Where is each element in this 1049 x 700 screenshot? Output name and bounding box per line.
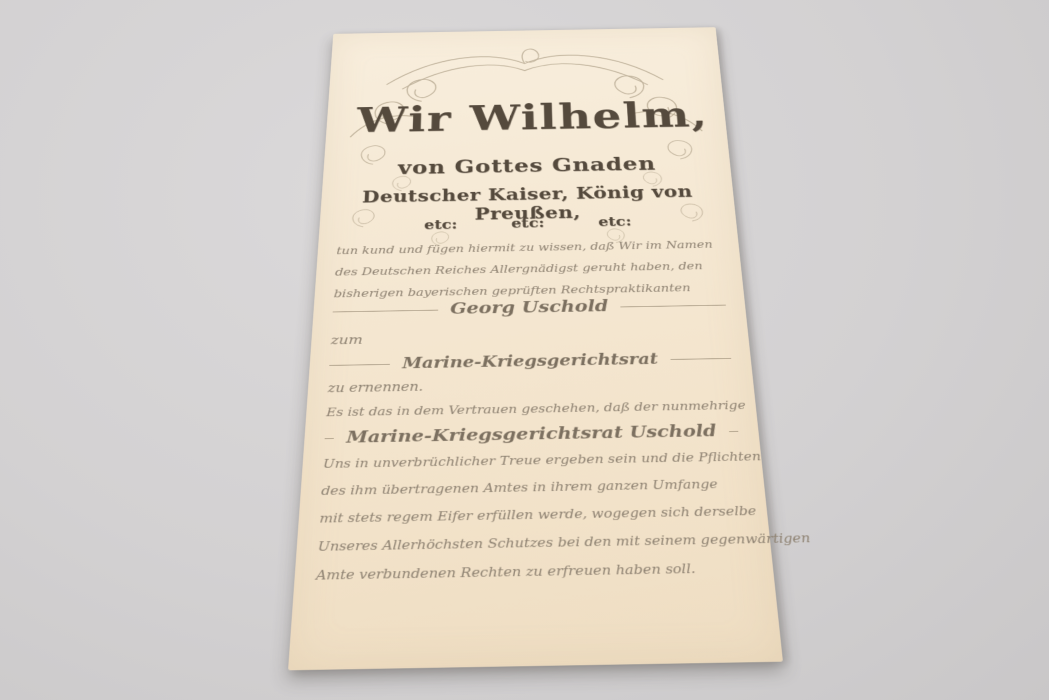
duties-paragraph: Uns in unverbrüchlicher Treue ergeben se… bbox=[315, 444, 753, 591]
baseline-rule bbox=[621, 305, 726, 308]
baseline-rule bbox=[333, 310, 438, 313]
zum-label: zum bbox=[330, 326, 729, 348]
baseline-rule bbox=[729, 431, 738, 432]
baseline-rule bbox=[329, 364, 390, 366]
baseline-rule bbox=[325, 438, 334, 439]
certificate-paper: Wir Wilhelm, von Gottes Gnaden Deutscher… bbox=[288, 27, 783, 670]
etc-item: etc: bbox=[598, 214, 632, 229]
trust-line: Es ist das in dem Vertrauen geschehen, d… bbox=[326, 398, 737, 419]
rank-title-line: Marine-Kriegsgerichtsrat bbox=[329, 348, 732, 373]
document-title: Wir Wilhelm, bbox=[350, 94, 716, 140]
appointee-name: Georg Uschold bbox=[438, 297, 621, 319]
confirmed-name-line: Marine-Kriegsgerichtsrat Uschold bbox=[324, 420, 739, 447]
zu-ernennen-line: zu ernennen. bbox=[327, 374, 734, 396]
proclamation-paragraph: tun kund und fügen hiermit zu wissen, da… bbox=[333, 234, 725, 305]
etc-item: etc: bbox=[424, 217, 457, 232]
photo-background: Wir Wilhelm, von Gottes Gnaden Deutscher… bbox=[0, 0, 1049, 700]
etc-item: etc: bbox=[511, 216, 544, 231]
rank-title: Marine-Kriegsgerichtsrat bbox=[390, 349, 672, 372]
duties-line: Amte verbundenen Rechten zu erfreuen hab… bbox=[315, 554, 753, 591]
confirmed-name: Marine-Kriegsgerichtsrat Uschold bbox=[333, 420, 730, 447]
baseline-rule bbox=[671, 358, 732, 360]
